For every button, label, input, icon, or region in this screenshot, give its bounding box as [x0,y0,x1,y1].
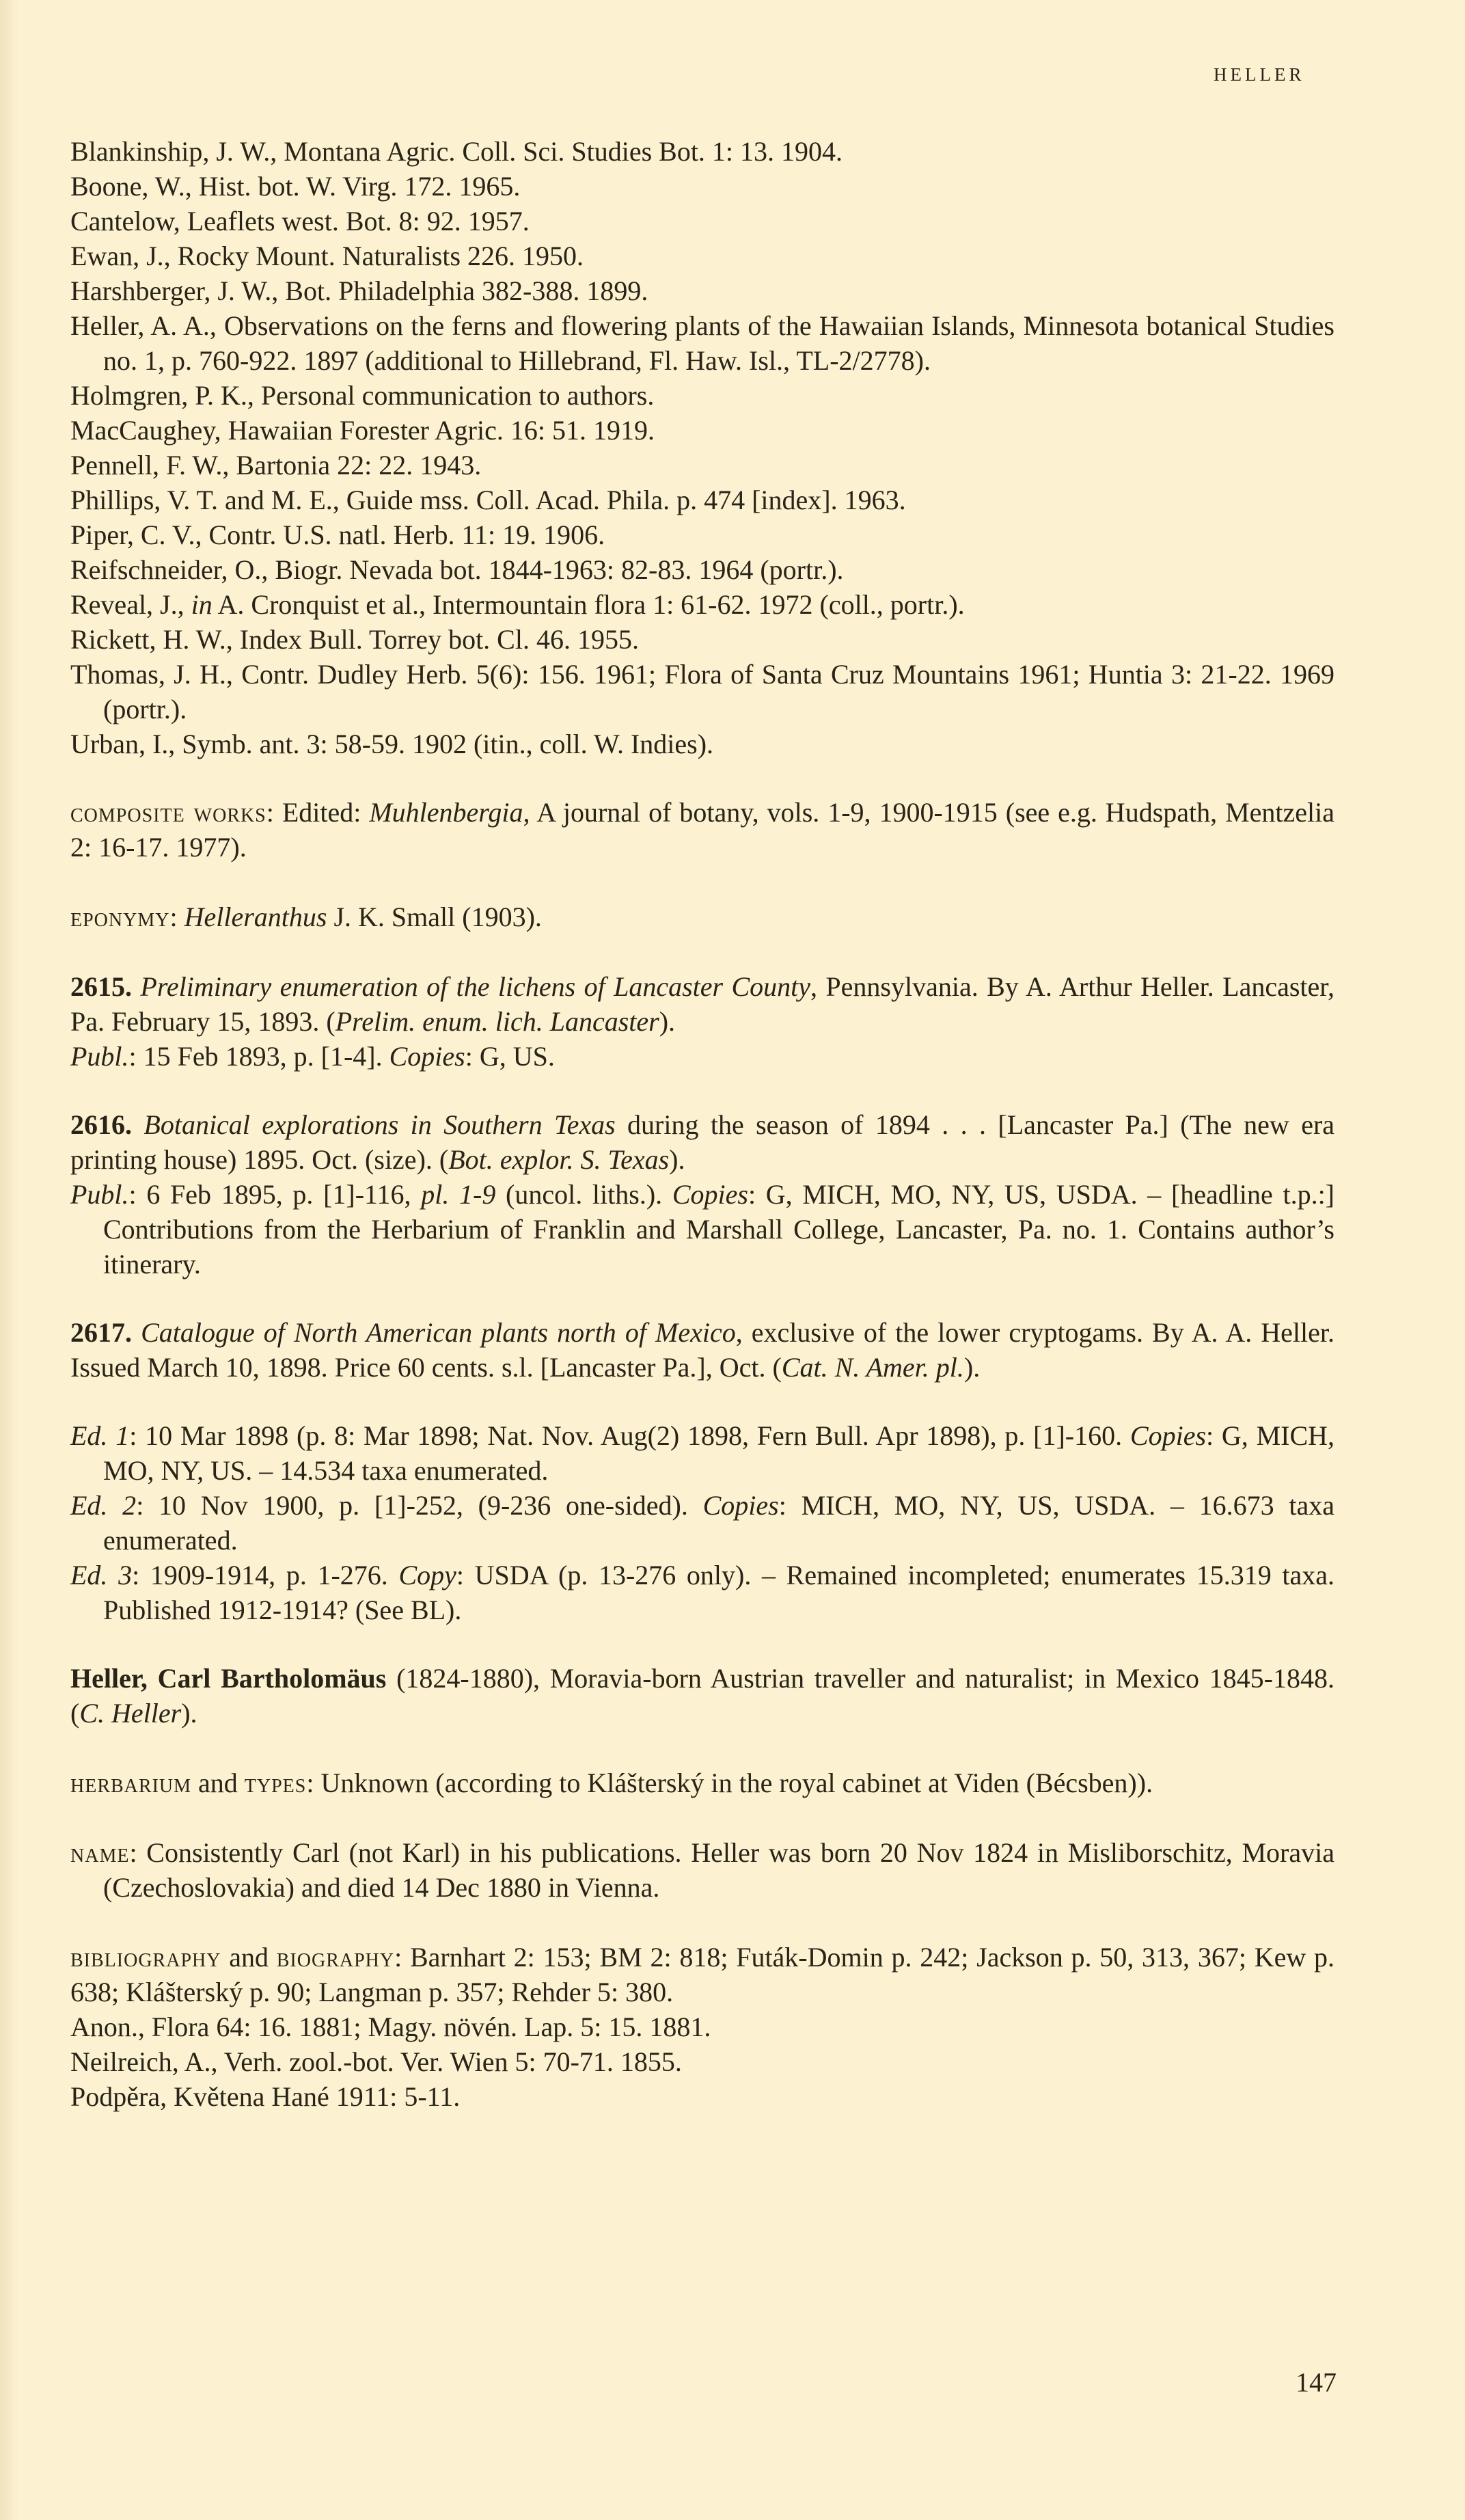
reference-item: MacCaughey, Hawaiian Forester Agric. 16:… [70,413,1334,448]
bibliography-section: bibliography and biography: Barnhart 2: … [70,1940,1334,2114]
reference-item: Holmgren, P. K., Personal communication … [70,378,1334,413]
journal-title: Muhlenbergia [369,797,523,828]
bibliography-ref: Podpěra, Květena Hané 1911: 5-11. [70,2079,1334,2114]
reference-item: Harshberger, J. W., Bot. Philadelphia 38… [70,273,1334,308]
reference-item: Blankinship, J. W., Montana Agric. Coll.… [70,134,1334,169]
entry-abbrev: Cat. N. Amer. pl. [782,1352,964,1383]
page-body: Blankinship, J. W., Montana Agric. Coll.… [70,134,1334,2114]
edition-line: Ed. 1: 10 Mar 1898 (p. 8: Mar 1898; Nat.… [70,1418,1334,1488]
section-label: herbarium [70,1767,191,1798]
catalogue-entry-2615: 2615. Preliminary enumeration of the lic… [70,969,1334,1074]
section-label: composite works [70,797,266,828]
eponymy-section: eponymy: Helleranthus J. K. Small (1903)… [70,899,1334,934]
edition-line: Ed. 3: 1909-1914, p. 1-276. Copy: USDA (… [70,1558,1334,1627]
section-label: biography [277,1942,394,1973]
name-section: name: Consistently Carl (not Karl) in hi… [70,1835,1334,1905]
catalogue-entry-2617: 2617. Catalogue of North American plants… [70,1315,1334,1627]
page-edge-shadow [0,0,19,2520]
section-label: name [70,1837,129,1868]
publication-line: Publ.: 6 Feb 1895, p. [1]-116, pl. 1-9 (… [70,1177,1334,1282]
entry-abbrev: Bot. explor. S. Texas [448,1144,669,1175]
entry-title: Catalogue of North American plants north… [141,1317,736,1348]
reference-item: Thomas, J. H., Contr. Dudley Herb. 5(6):… [70,657,1334,727]
bibliography-ref: Anon., Flora 64: 16. 1881; Magy. növén. … [70,2009,1334,2044]
herbarium-section: herbarium and types: Unknown (according … [70,1765,1334,1800]
reference-item: Boone, W., Hist. bot. W. Virg. 172. 1965… [70,169,1334,204]
entry-number: 2616. [70,1109,132,1140]
genus-name: Helleranthus [184,902,327,932]
section-label: eponymy [70,902,169,932]
entry-number: 2615. [70,971,132,1002]
reference-list: Blankinship, J. W., Montana Agric. Coll.… [70,134,1334,761]
reference-item: Ewan, J., Rocky Mount. Naturalists 226. … [70,239,1334,273]
reference-item: Phillips, V. T. and M. E., Guide mss. Co… [70,483,1334,517]
running-head: HELLER [1214,66,1304,84]
catalogue-entry-2616: 2616. Botanical explorations in Southern… [70,1107,1334,1282]
person-heading: Heller, Carl Bartholomäus (1824-1880), M… [70,1661,1334,1731]
bibliography-ref: Neilreich, A., Verh. zool.-bot. Ver. Wie… [70,2044,1334,2079]
reference-item: Rickett, H. W., Index Bull. Torrey bot. … [70,622,1334,657]
composite-works-section: composite works: Edited: Muhlenbergia, A… [70,795,1334,865]
reference-item: Heller, A. A., Observations on the ferns… [70,308,1334,378]
reference-item: Pennell, F. W., Bartonia 22: 22. 1943. [70,448,1334,483]
entry-title: Preliminary enumeration of the lichens o… [140,971,810,1002]
entry-number: 2617. [70,1317,132,1348]
reference-item: Cantelow, Leaflets west. Bot. 8: 92. 195… [70,204,1334,239]
publication-line: Publ.: 15 Feb 1893, p. [1-4]. Copies: G,… [70,1039,1334,1074]
entry-title: Botanical explorations in Southern Texas [143,1109,615,1140]
reference-item: Piper, C. V., Contr. U.S. natl. Herb. 11… [70,517,1334,552]
edition-line: Ed. 2: 10 Nov 1900, p. [1]-252, (9-236 o… [70,1488,1334,1558]
reference-item: Urban, I., Symb. ant. 3: 58-59. 1902 (it… [70,727,1334,761]
section-label: types [245,1767,307,1798]
person-abbrev: C. Heller [79,1698,181,1729]
page-number: 147 [1296,2369,1337,2396]
entry-abbrev: Prelim. enum. lich. Lancaster [336,1006,659,1037]
person-name: Heller, Carl Bartholomäus [70,1663,386,1694]
reference-item: Reveal, J., in A. Cronquist et al., Inte… [70,587,1334,622]
section-label: bibliography [70,1942,221,1973]
reference-item: Reifschneider, O., Biogr. Nevada bot. 18… [70,552,1334,587]
